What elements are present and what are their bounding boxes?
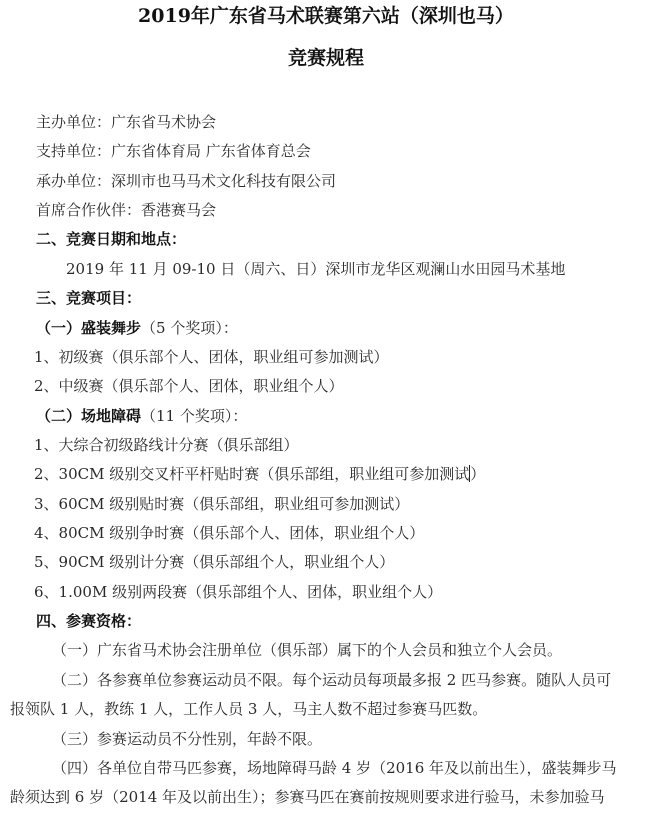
document-title: 2019年广东省马术联赛第六站（深圳也马） [0, 6, 652, 26]
jumping-item-text: 2、30CM 级别交叉杆平杆贴时赛（俱乐部组，职业组可参加测试 [34, 465, 469, 483]
jumping-item: 6、1.00M 级别两段赛（俱乐部组个人、团体，职业组个人） [34, 582, 442, 602]
organizer-undertaker: 承办单位：深圳市也马马术文化科技有限公司 [36, 171, 336, 191]
jumping-item: 4、80CM 级别争时赛（俱乐部个人、团体，职业组个人） [34, 523, 424, 543]
jumping-heading: （二）场地障碍 [36, 407, 141, 425]
jumping-item: 2、30CM 级别交叉杆平杆贴时赛（俱乐部组，职业组可参加测试） [34, 464, 485, 484]
eligibility-paragraph: （三）参赛运动员不分性别，年龄不限。 [52, 729, 322, 749]
subsection-jumping: （二）场地障碍（11 个奖项）： [36, 406, 247, 426]
document-subtitle: 竞赛规程 [0, 48, 652, 68]
jumping-item: 3、60CM 级别贴时赛（俱乐部组，职业组可参加测试） [34, 494, 409, 514]
jumping-item: 1、大综合初级路线计分赛（俱乐部组） [34, 435, 299, 455]
eligibility-paragraph-cont: 龄须达到 6 岁（2014 年及以前出生）；参赛马匹在赛前按规则要求进行验马，未… [10, 787, 605, 807]
jumping-count: （11 个奖项）： [141, 407, 247, 425]
subsection-dressage: （一）盛装舞步（5 个奖项）： [36, 318, 238, 338]
dressage-heading: （一）盛装舞步 [36, 319, 141, 337]
section-heading-eligibility: 四、参赛资格： [36, 611, 141, 631]
jumping-item-tail: ） [470, 465, 485, 483]
organizer-host: 主办单位：广东省马术协会 [36, 112, 216, 132]
section-heading-events: 三、竞赛项目： [36, 288, 141, 308]
dressage-item: 1、初级赛（俱乐部个人、团体，职业组可参加测试） [34, 347, 389, 367]
eligibility-paragraph: （四）各单位自带马匹参赛，场地障碍马龄 4 岁（2016 年及以前出生），盛装舞… [52, 758, 617, 778]
eligibility-paragraph: （一）广东省马术协会注册单位（俱乐部）属下的个人会员和独立个人会员。 [52, 640, 562, 660]
eligibility-paragraph-cont: 报领队 1 人，教练 1 人，工作人员 3 人，马主人数不超过参赛马匹数。 [10, 699, 487, 719]
organizer-support: 支持单位：广东省体育局 广东省体育总会 [36, 141, 311, 161]
dressage-count: （5 个奖项）： [141, 319, 238, 337]
jumping-item: 5、90CM 级别计分赛（俱乐部组个人，职业组个人） [34, 552, 394, 572]
dressage-item: 2、中级赛（俱乐部个人、团体，职业组个人） [34, 376, 344, 396]
organizer-partner: 首席合作伙伴：香港赛马会 [36, 200, 216, 220]
date-venue-text: 2019 年 11 月 09-10 日（周六、日）深圳市龙华区观澜山水田园马术基… [66, 259, 565, 279]
eligibility-paragraph: （二）各参赛单位参赛运动员不限。每个运动员每项最多报 2 匹马参赛。随队人员可 [52, 670, 611, 690]
section-heading-date-venue: 二、竞赛日期和地点： [36, 229, 186, 249]
